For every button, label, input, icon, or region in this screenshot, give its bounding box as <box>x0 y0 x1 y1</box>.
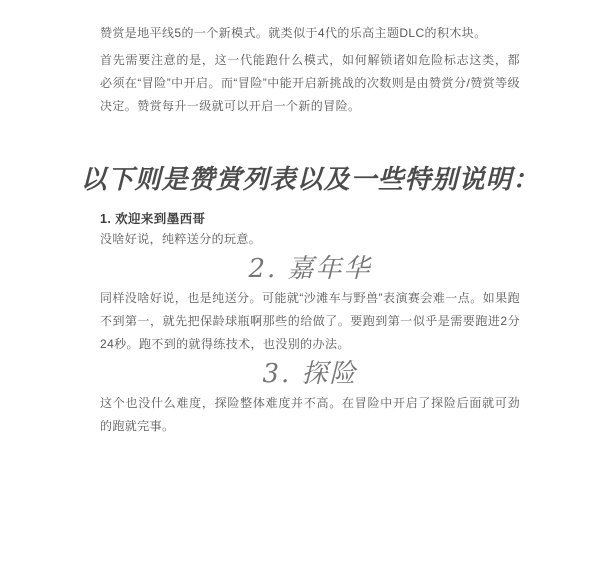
section-expedition-body: 这个也没什么难度，探险整体难度并不高。在冒险中开启了探险后面就可劲的跑就完事。 <box>100 392 520 438</box>
article-page: 赞赏是地平线5的一个新模式。就类似于4代的乐高主题DLC的积木块。 首先需要注意… <box>0 0 600 438</box>
main-heading: 以下则是赞赏列表以及一些特别说明： <box>70 160 550 198</box>
intro-paragraph-1: 赞赏是地平线5的一个新模式。就类似于4代的乐高主题DLC的积木块。 <box>100 22 520 45</box>
section-carnival-body: 同样没啥好说，也是纯送分。可能就“沙滩车与野兽”表演赛会难一点。如果跑不到第一，… <box>100 287 520 356</box>
article-viewport: 赞赏是地平线5的一个新模式。就类似于4代的乐高主题DLC的积木块。 首先需要注意… <box>0 0 600 561</box>
section-carnival-heading: 2. 嘉年华 <box>100 251 520 287</box>
section-welcome-heading: 1. 欢迎来到墨西哥 <box>100 210 520 228</box>
section-welcome-body: 没啥好说，纯粹送分的玩意。 <box>100 228 520 251</box>
section-expedition-heading: 3. 探险 <box>100 356 520 392</box>
intro-paragraph-2: 首先需要注意的是，这一代能跑什么模式，如何解锁诸如危险标志这类，都必须在“冒险”… <box>100 49 520 118</box>
